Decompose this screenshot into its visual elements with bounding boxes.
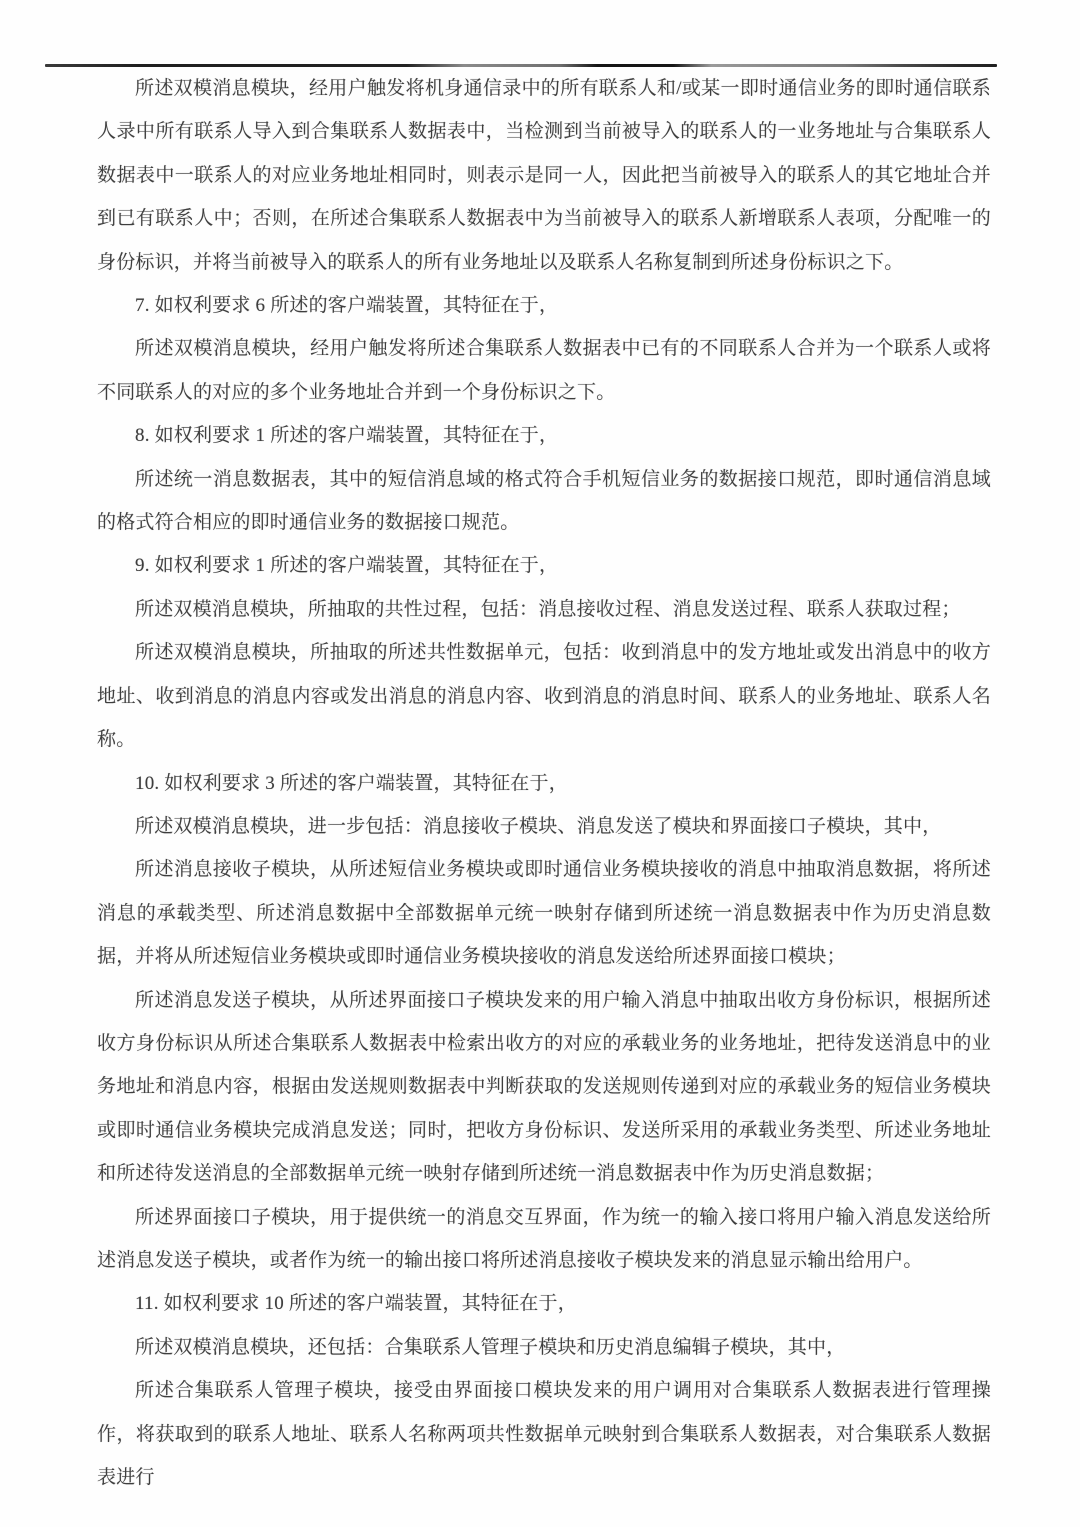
claim-10-body-paragraph-2: 所述消息接收子模块，从所述短信业务模块或即时通信业务模块接收的消息中抽取消息数据… (97, 848, 991, 978)
claim-11-body-paragraph-1: 所述双模消息模块，还包括：合集联系人管理子模块和历史消息编辑子模块，其中， (97, 1326, 991, 1369)
claim-7-heading: 7. 如权利要求 6 所述的客户端装置，其特征在于， (97, 284, 991, 327)
claim-6-continuation-paragraph: 所述双模消息模块，经用户触发将机身通信录中的所有联系人和/或某一即时通信业务的即… (97, 67, 991, 284)
claim-8-body-paragraph: 所述统一消息数据表，其中的短信消息域的格式符合手机短信业务的数据接口规范，即时通… (97, 458, 991, 545)
claim-10-body-paragraph-1: 所述双模消息模块，进一步包括：消息接收子模块、消息发送了模块和界面接口子模块，其… (97, 805, 991, 848)
claim-8-heading: 8. 如权利要求 1 所述的客户端装置，其特征在于， (97, 414, 991, 457)
claim-10-body-paragraph-4: 所述界面接口子模块，用于提供统一的消息交互界面，作为统一的输入接口将用户输入消息… (97, 1196, 991, 1283)
claim-11-body-paragraph-2: 所述合集联系人管理子模块，接受由界面接口模块发来的用户调用对合集联系人数据表进行… (97, 1369, 991, 1499)
patent-claims-page: 所述双模消息模块，经用户触发将机身通信录中的所有联系人和/或某一即时通信业务的即… (0, 0, 1080, 1527)
claims-text-block: 所述双模消息模块，经用户触发将机身通信录中的所有联系人和/或某一即时通信业务的即… (97, 67, 991, 1499)
claim-10-body-paragraph-3: 所述消息发送子模块，从所述界面接口子模块发来的用户输入消息中抽取出收方身份标识，… (97, 979, 991, 1196)
claim-9-heading: 9. 如权利要求 1 所述的客户端装置，其特征在于， (97, 544, 991, 587)
claim-9-body-paragraph-2: 所述双模消息模块，所抽取的所述共性数据单元，包括：收到消息中的发方地址或发出消息… (97, 631, 991, 761)
claim-11-heading: 11. 如权利要求 10 所述的客户端装置，其特征在于， (97, 1282, 991, 1325)
claim-10-heading: 10. 如权利要求 3 所述的客户端装置，其特征在于， (97, 762, 991, 805)
claim-7-body-paragraph: 所述双模消息模块，经用户触发将所述合集联系人数据表中已有的不同联系人合并为一个联… (97, 327, 991, 414)
claim-9-body-paragraph-1: 所述双模消息模块，所抽取的共性过程，包括：消息接收过程、消息发送过程、联系人获取… (97, 588, 991, 631)
